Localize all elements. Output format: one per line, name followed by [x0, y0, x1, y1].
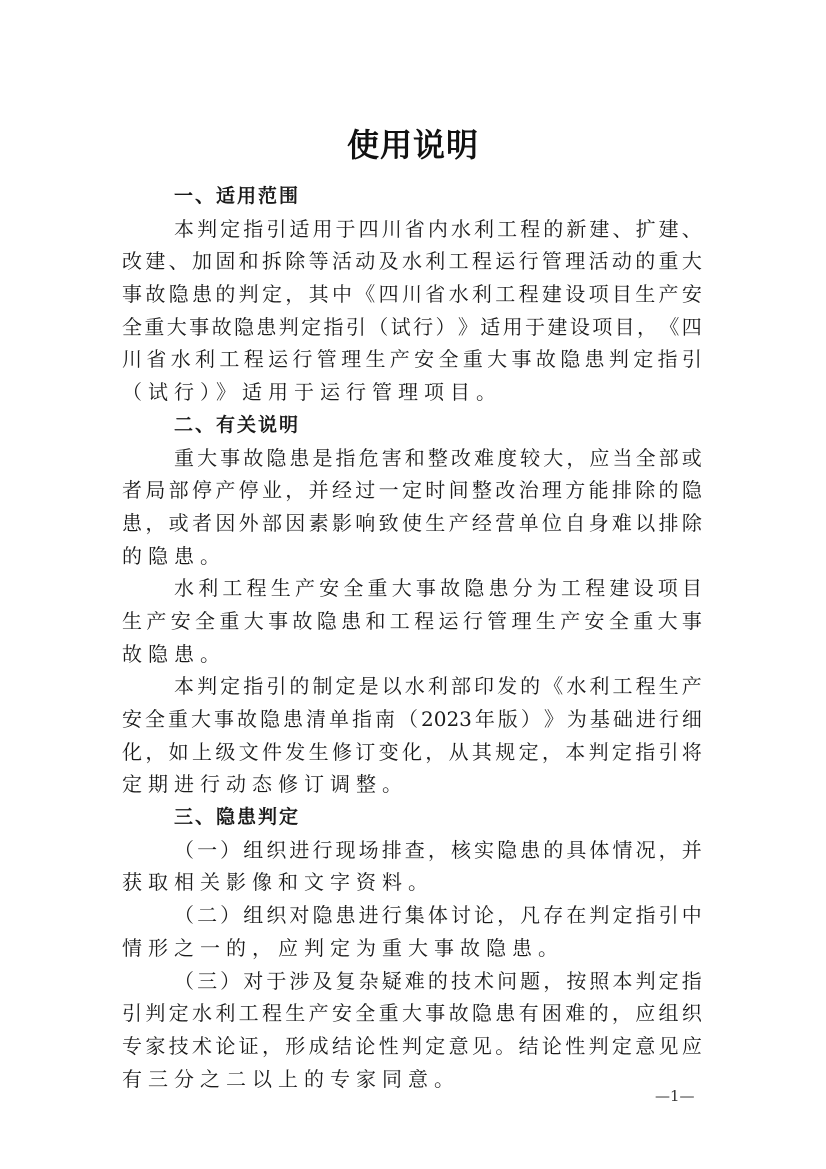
- page-number: —1—: [655, 1087, 695, 1105]
- paragraph-line: 故隐患。: [122, 638, 702, 671]
- section-heading: 一、适用范围: [122, 180, 702, 213]
- paragraph-line: 水利工程生产安全重大事故隐患分为工程建设项目: [122, 572, 702, 605]
- section-heading: 三、隐患判定: [122, 801, 702, 834]
- paragraph-line: 本判定指引的制定是以水利部印发的《水利工程生产: [122, 670, 702, 703]
- paragraph-line: 事故隐患的判定，其中《四川省水利工程建设项目生产安: [122, 278, 702, 311]
- paragraph-line: （三）对于涉及复杂疑难的技术问题，按照本判定指: [122, 965, 702, 998]
- paragraph-line: 改建、加固和拆除等活动及水利工程运行管理活动的重大: [122, 245, 702, 278]
- paragraph-line: 有三分之二以上的专家同意。: [122, 1063, 702, 1096]
- paragraph-line: （一）组织进行现场排查，核实隐患的具体情况，并: [122, 834, 702, 867]
- paragraph-line: 情形之一的，应判定为重大事故隐患。: [122, 932, 702, 965]
- paragraph-line: 生产安全重大事故隐患和工程运行管理生产安全重大事: [122, 605, 702, 638]
- paragraph-line: 的隐患。: [122, 540, 702, 573]
- paragraph-line: （试行）》适用于运行管理项目。: [122, 376, 702, 409]
- paragraph-line: （二）组织对隐患进行集体讨论，凡存在判定指引中: [122, 899, 702, 932]
- paragraph-line: 引判定水利工程生产安全重大事故隐患有困难的，应组织: [122, 997, 702, 1030]
- paragraph-line: 患，或者因外部因素影响致使生产经营单位自身难以排除: [122, 507, 702, 540]
- document-body: 一、适用范围本判定指引适用于四川省内水利工程的新建、扩建、改建、加固和拆除等活动…: [122, 180, 702, 1095]
- section-heading: 二、有关说明: [122, 409, 702, 442]
- paragraph-line: 者局部停产停业，并经过一定时间整改治理方能排除的隐: [122, 474, 702, 507]
- paragraph-line: 定期进行动态修订调整。: [122, 768, 702, 801]
- paragraph-line: 重大事故隐患是指危害和整改难度较大，应当全部或: [122, 442, 702, 475]
- paragraph-line: 获取相关影像和文字资料。: [122, 866, 702, 899]
- paragraph-line: 本判定指引适用于四川省内水利工程的新建、扩建、: [122, 213, 702, 246]
- paragraph-line: 全重大事故隐患判定指引（试行）》适用于建设项目，《四: [122, 311, 702, 344]
- paragraph-line: 化，如上级文件发生修订变化，从其规定，本判定指引将: [122, 736, 702, 769]
- page-title: 使用说明: [0, 120, 826, 166]
- paragraph-line: 安全重大事故隐患清单指南（2023年版）》为基础进行细: [122, 703, 702, 736]
- paragraph-line: 专家技术论证，形成结论性判定意见。结论性判定意见应: [122, 1030, 702, 1063]
- paragraph-line: 川省水利工程运行管理生产安全重大事故隐患判定指引: [122, 343, 702, 376]
